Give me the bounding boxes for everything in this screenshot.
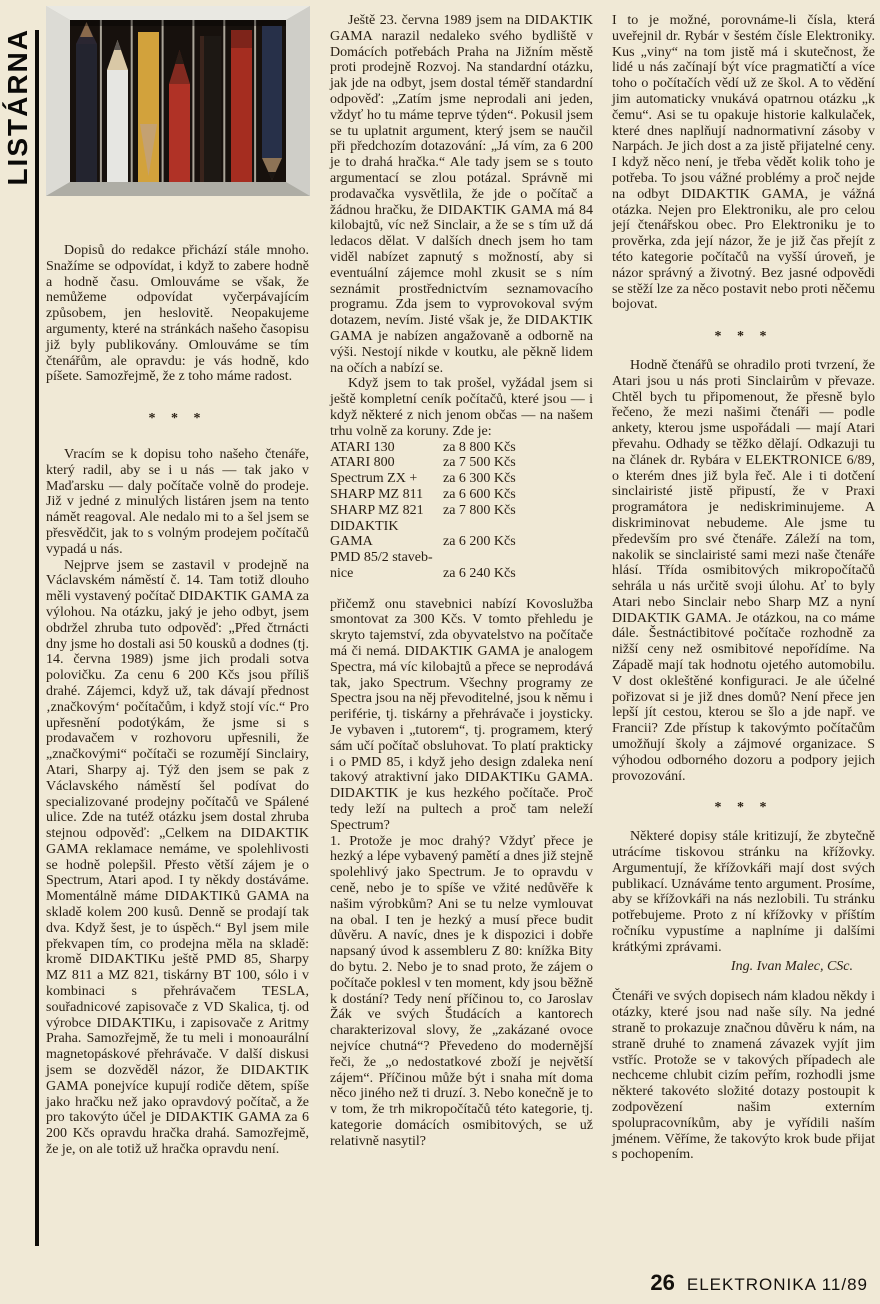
page-footer: 26 ELEKTRONIKA 11/89 (650, 1270, 868, 1296)
price-row: SHARP MZ 811za 6 600 Kčs (330, 487, 593, 503)
paragraph: Některé dopisy stále kritizují, že zbyte… (612, 829, 875, 955)
price-name: GAMA (330, 534, 373, 549)
paragraph: Hodně čtenářů se ohradilo proti tvrzení,… (612, 358, 875, 785)
paragraph: Když jsem to tak prošel, vyžádal jsem si… (330, 376, 593, 439)
price-name: SHARP MZ 821 (330, 503, 424, 518)
price-row: PMD 85/2 staveb- (330, 550, 593, 566)
separator-stars: * * * (46, 411, 309, 427)
paragraph: I to je možné, porovnáme-li čísla, která… (612, 13, 875, 313)
paragraph: přičemž onu stavebnici nabízí Kovoslužba… (330, 597, 593, 834)
price-row: DIDAKTIK (330, 519, 593, 535)
paragraph: Nejprve jsem se zastavil v prodejně na V… (46, 558, 309, 1158)
price-row: ATARI 130za 8 800 Kčs (330, 440, 593, 456)
price-row: GAMAza 6 200 Kčs (330, 534, 593, 550)
price-row: niceza 6 240 Kčs (330, 566, 593, 582)
price-value: za 6 240 Kčs (443, 566, 516, 582)
section-title-vertical: LISTÁRNA (0, 28, 36, 238)
pencils-photo-image (46, 6, 310, 196)
column-1: Dopisů do redakce přichází stále mnoho. … (46, 243, 309, 1158)
pencils-photo (46, 6, 310, 196)
price-name: ATARI 130 (330, 440, 395, 455)
paragraph: 1. Protože je moc drahý? Vždyť přece je … (330, 834, 593, 1150)
signature: Ing. Ivan Malec, CSc. (612, 959, 875, 975)
price-list: ATARI 130za 8 800 Kčs ATARI 800za 7 500 … (330, 440, 593, 582)
price-name: DIDAKTIK (330, 519, 398, 534)
price-value: za 7 800 Kčs (443, 503, 516, 519)
price-name: SHARP MZ 811 (330, 487, 423, 502)
separator-stars: * * * (612, 800, 875, 816)
column-3: I to je možné, porovnáme-li čísla, která… (612, 13, 875, 1163)
paragraph: Vracím se k dopisu toho našeho čtenáře, … (46, 447, 309, 558)
price-name: Spectrum ZX + (330, 471, 417, 486)
column-2: Ještě 23. června 1989 jsem na DIDAKTIK G… (330, 13, 593, 1150)
section-rule (35, 30, 39, 1246)
section-title: LISTÁRNA (2, 28, 34, 186)
magazine-page: LISTÁRNA (0, 0, 880, 1304)
paragraph: Ještě 23. června 1989 jsem na DIDAKTIK G… (330, 13, 593, 376)
price-name: PMD 85/2 staveb- (330, 550, 433, 565)
price-name: ATARI 800 (330, 455, 395, 470)
price-value: za 6 600 Kčs (443, 487, 516, 503)
price-value: za 6 200 Kčs (443, 534, 516, 550)
price-value: za 6 300 Kčs (443, 471, 516, 487)
price-row: ATARI 800za 7 500 Kčs (330, 455, 593, 471)
price-value: za 8 800 Kčs (443, 440, 516, 456)
price-name: nice (330, 566, 353, 581)
price-row: SHARP MZ 821za 7 800 Kčs (330, 503, 593, 519)
price-value: za 7 500 Kčs (443, 455, 516, 471)
magazine-title: ELEKTRONIKA 11/89 (687, 1275, 868, 1295)
paragraph: Dopisů do redakce přichází stále mnoho. … (46, 243, 309, 385)
separator-stars: * * * (612, 329, 875, 345)
price-row: Spectrum ZX +za 6 300 Kčs (330, 471, 593, 487)
page-number: 26 (650, 1270, 674, 1296)
paragraph: Čtenáři ve svých dopisech nám kladou něk… (612, 989, 875, 1163)
